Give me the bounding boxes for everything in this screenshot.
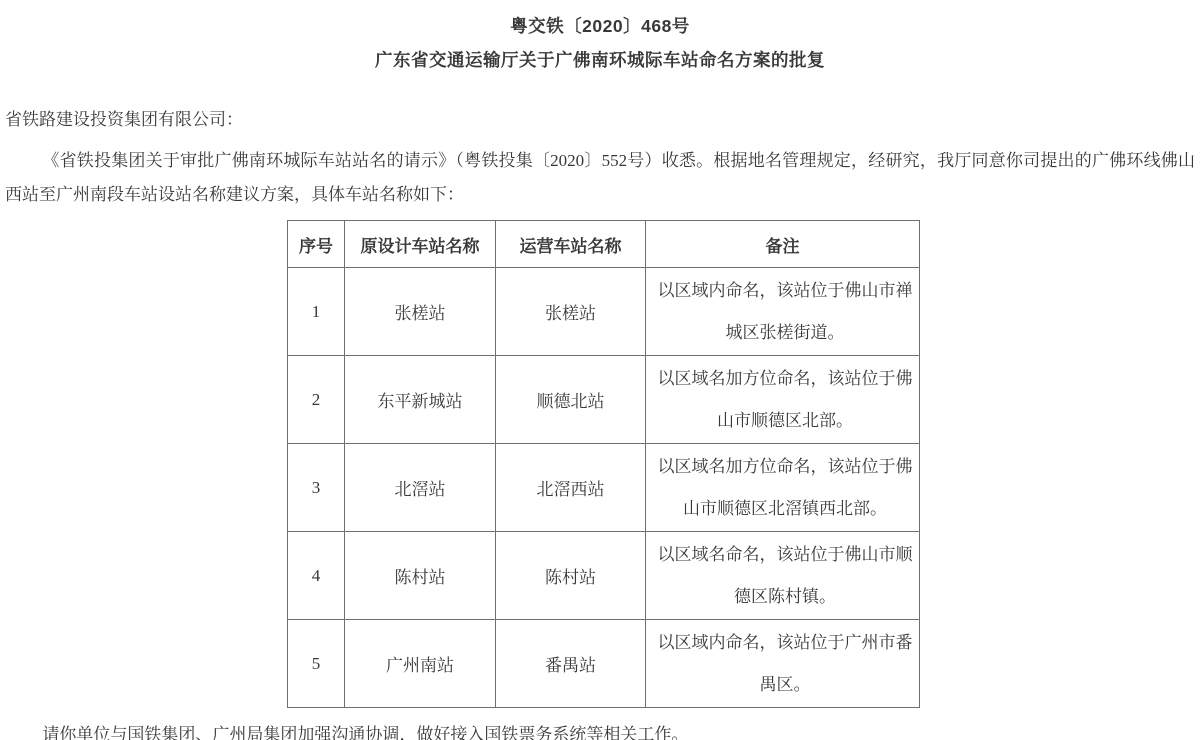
table-header-row: 序号 原设计车站名称 运营车站名称 备注 — [288, 221, 920, 268]
cell-remark: 以区域名加方位命名，该站位于佛山市顺德区北滘镇西北部。 — [646, 444, 920, 532]
stations-table: 序号 原设计车站名称 运营车站名称 备注 1 张槎站 张槎站 以区域内命名，该站… — [287, 220, 920, 708]
cell-operating-name: 陈村站 — [496, 532, 646, 620]
cell-remark: 以区域内命名，该站位于广州市番禺区。 — [646, 620, 920, 708]
cell-no: 2 — [288, 356, 345, 444]
cell-original-name: 东平新城站 — [345, 356, 496, 444]
table-row: 3 北滘站 北滘西站 以区域名加方位命名，该站位于佛山市顺德区北滘镇西北部。 — [288, 444, 920, 532]
table-row: 2 东平新城站 顺德北站 以区域名加方位命名，该站位于佛山市顺德区北部。 — [288, 356, 920, 444]
header-cell-original: 原设计车站名称 — [345, 221, 496, 268]
cell-remark: 以区域内命名，该站位于佛山市禅城区张槎街道。 — [646, 268, 920, 356]
body-paragraph: 《省铁投集团关于审批广佛南环城际车站站名的请示》（粤铁投集〔2020〕552号）… — [5, 144, 1195, 212]
header-cell-remark: 备注 — [646, 221, 920, 268]
cell-no: 5 — [288, 620, 345, 708]
addressee-line: 省铁路建设投资集团有限公司： — [5, 109, 1195, 131]
stations-table-body: 1 张槎站 张槎站 以区域内命名，该站位于佛山市禅城区张槎街道。 2 东平新城站… — [288, 268, 920, 708]
table-row: 5 广州南站 番禺站 以区域内命名，该站位于广州市番禺区。 — [288, 620, 920, 708]
cell-remark: 以区域名加方位命名，该站位于佛山市顺德区北部。 — [646, 356, 920, 444]
doc-number: 粤交铁〔2020〕468号 — [0, 0, 1200, 38]
cell-operating-name: 北滘西站 — [496, 444, 646, 532]
cell-original-name: 张槎站 — [345, 268, 496, 356]
cell-no: 3 — [288, 444, 345, 532]
table-row: 1 张槎站 张槎站 以区域内命名，该站位于佛山市禅城区张槎街道。 — [288, 268, 920, 356]
cell-no: 1 — [288, 268, 345, 356]
header-cell-operating: 运营车站名称 — [496, 221, 646, 268]
cell-original-name: 陈村站 — [345, 532, 496, 620]
cell-operating-name: 番禺站 — [496, 620, 646, 708]
table-row: 4 陈村站 陈村站 以区域名命名，该站位于佛山市顺德区陈村镇。 — [288, 532, 920, 620]
cell-original-name: 北滘站 — [345, 444, 496, 532]
cell-operating-name: 顺德北站 — [496, 356, 646, 444]
closing-paragraph: 请你单位与国铁集团、广州局集团加强沟通协调，做好接入国铁票务系统等相关工作。 — [5, 724, 1195, 740]
cell-original-name: 广州南站 — [345, 620, 496, 708]
doc-title: 广东省交通运输厅关于广佛南环城际车站命名方案的批复 — [0, 47, 1200, 72]
header-cell-no: 序号 — [288, 221, 345, 268]
cell-operating-name: 张槎站 — [496, 268, 646, 356]
cell-no: 4 — [288, 532, 345, 620]
cell-remark: 以区域名命名，该站位于佛山市顺德区陈村镇。 — [646, 532, 920, 620]
